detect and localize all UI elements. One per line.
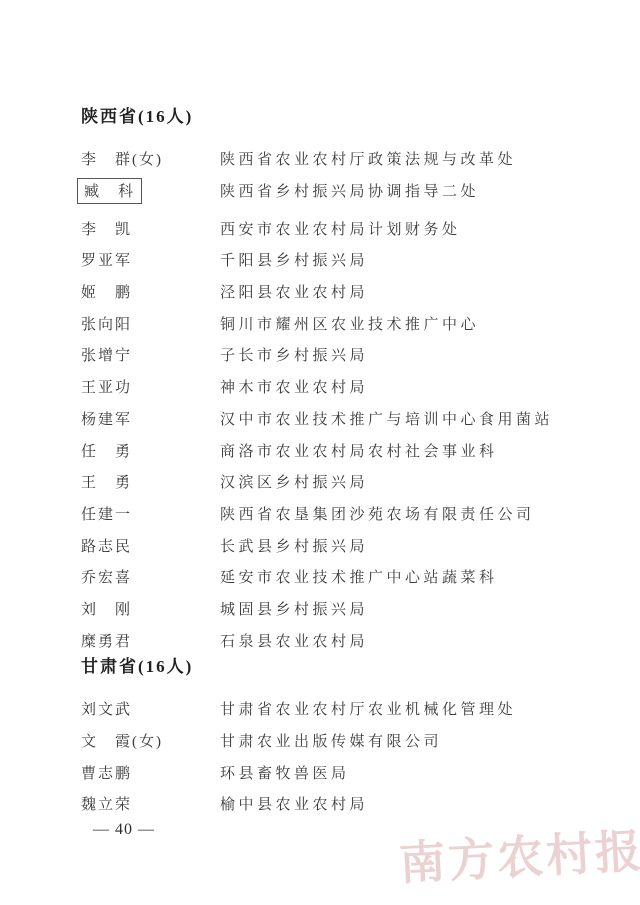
table-row: 姬 鹏 泾阳县农业农村局: [81, 276, 610, 308]
table-row: 路志民 长武县乡村振兴局: [81, 529, 610, 561]
table-row: 乔宏喜 延安市农业技术推广中心站蔬菜科: [81, 561, 610, 593]
person-name: 乔宏喜: [81, 566, 220, 587]
table-row: 魏立荣 榆中县农业农村局: [81, 788, 610, 820]
person-organization: 神木市农业农村局: [220, 376, 368, 397]
person-name: 王亚功: [81, 376, 220, 397]
person-organization: 石泉县农业农村局: [220, 630, 368, 651]
person-organization: 陕西省乡村振兴局协调指导二处: [220, 180, 479, 201]
person-organization: 环县畜牧兽医局: [220, 762, 350, 783]
table-row: 杨建军 汉中市农业技术推广与培训中心食用菌站: [81, 403, 610, 435]
table-row: 王亚功 神木市农业农村局: [81, 371, 610, 403]
person-organization: 城固县乡村振兴局: [220, 598, 368, 619]
person-organization: 陕西省农垦集团沙苑农场有限责任公司: [220, 503, 535, 524]
person-name: 曹志鹏: [81, 762, 220, 783]
table-row: 张向阳 铜川市耀州区农业技术推广中心: [81, 307, 610, 339]
table-row: 罗亚军 千阳县乡村振兴局: [81, 244, 610, 276]
person-organization: 甘肃农业出版传媒有限公司: [220, 730, 442, 751]
person-organization: 千阳县乡村振兴局: [220, 249, 368, 270]
table-row: 曹志鹏 环县畜牧兽医局: [81, 756, 610, 788]
section-header-shaanxi: 陕西省(16人): [81, 106, 610, 143]
table-row: 李 群(女) 陕西省农业农村厅政策法规与改革处: [81, 143, 610, 175]
person-name: 魏立荣: [81, 793, 220, 814]
table-row: 臧 科 陕西省乡村振兴局协调指导二处: [81, 175, 610, 207]
person-name: 路志民: [81, 535, 220, 556]
person-name: 姬 鹏: [81, 281, 220, 302]
page-number: — 40 —: [81, 821, 610, 839]
person-name-boxed: 臧 科: [81, 178, 220, 204]
person-organization: 陕西省农业农村厅政策法规与改革处: [220, 148, 516, 169]
person-organization: 商洛市农业农村局农村社会事业科: [220, 440, 498, 461]
person-name: 罗亚军: [81, 249, 220, 270]
table-row: 任建一 陕西省农垦集团沙苑农场有限责任公司: [81, 498, 610, 530]
person-name: 刘 刚: [81, 598, 220, 619]
table-row: 糜勇君 石泉县农业农村局: [81, 624, 610, 656]
person-organization: 西安市农业农村局计划财务处: [220, 218, 461, 239]
person-organization: 泾阳县农业农村局: [220, 281, 368, 302]
table-row: 任 勇 商洛市农业农村局农村社会事业科: [81, 434, 610, 466]
table-row: 文 霞(女) 甘肃农业出版传媒有限公司: [81, 725, 610, 757]
person-organization: 汉滨区乡村振兴局: [220, 471, 368, 492]
person-name: 杨建军: [81, 408, 220, 429]
section-header-gansu: 甘肃省(16人): [81, 656, 610, 693]
table-row: 刘 刚 城固县乡村振兴局: [81, 593, 610, 625]
person-organization: 榆中县农业农村局: [220, 793, 368, 814]
person-organization: 延安市农业技术推广中心站蔬菜科: [220, 566, 498, 587]
person-name: 文 霞(女): [81, 730, 220, 751]
person-organization: 铜川市耀州区农业技术推广中心: [220, 313, 479, 334]
table-row: 张增宁 子长市乡村振兴局: [81, 339, 610, 371]
person-name: 糜勇君: [81, 630, 220, 651]
person-name: 任 勇: [81, 440, 220, 461]
person-organization: 甘肃省农业农村厅农业机械化管理处: [220, 698, 516, 719]
person-name: 张增宁: [81, 344, 220, 365]
person-name: 王 勇: [81, 471, 220, 492]
name-box: 臧 科: [77, 178, 142, 204]
person-name: 李 凯: [81, 218, 220, 239]
person-organization: 子长市乡村振兴局: [220, 344, 368, 365]
person-name: 张向阳: [81, 313, 220, 334]
document-page: 陕西省(16人) 李 群(女) 陕西省农业农村厅政策法规与改革处 臧 科 陕西省…: [81, 106, 610, 839]
table-row: 刘文武 甘肃省农业农村厅农业机械化管理处: [81, 693, 610, 725]
table-row: 王 勇 汉滨区乡村振兴局: [81, 466, 610, 498]
person-name: 李 群(女): [81, 148, 220, 169]
person-organization: 长武县乡村振兴局: [220, 535, 368, 556]
person-organization: 汉中市农业技术推广与培训中心食用菌站: [220, 408, 553, 429]
table-row: 李 凯 西安市农业农村局计划财务处: [81, 212, 610, 244]
person-name: 任建一: [81, 503, 220, 524]
person-name: 刘文武: [81, 698, 220, 719]
